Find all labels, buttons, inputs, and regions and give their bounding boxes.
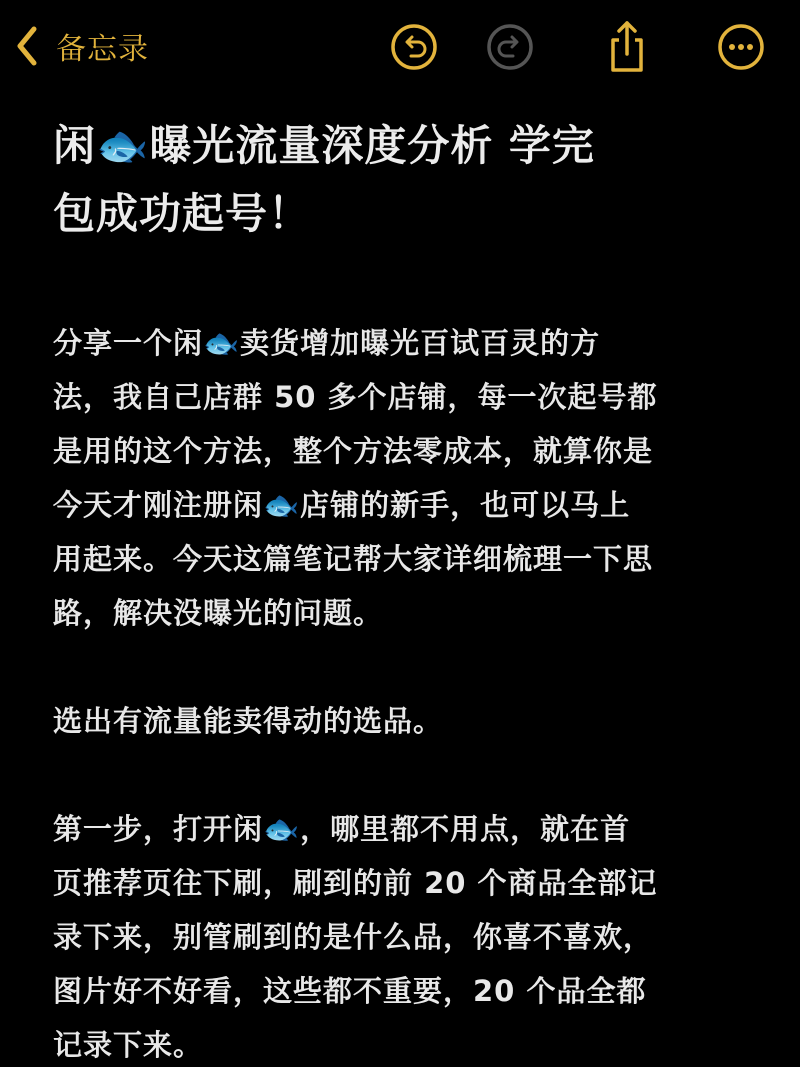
paragraph-step-one: 第一步，打开闲🐟，哪里都不用点，就在首 页推荐页往下刷，刷到的前 20 个商品全… — [53, 802, 753, 1067]
text: 法，我自己店群 50 多个店铺，每一次起号都 — [53, 380, 658, 414]
undo-icon — [389, 22, 439, 72]
title-text: 包成功起号！ — [53, 189, 311, 238]
text: ，哪里都不用点，就在首 — [300, 812, 630, 846]
title-text: 闲 — [53, 121, 96, 170]
fish-icon: 🐟 — [96, 112, 149, 180]
text: 店铺的新手，也可以马上 — [300, 488, 630, 522]
note-title: 闲🐟曝光流量深度分析 学完 包成功起号！ — [53, 112, 753, 248]
title-text: 曝光流量深度分析 学完 — [149, 121, 595, 170]
redo-icon — [485, 22, 535, 72]
chevron-left-icon — [16, 26, 38, 66]
more-button[interactable] — [716, 22, 766, 72]
share-button[interactable] — [602, 18, 652, 74]
note-body[interactable]: 闲🐟曝光流量深度分析 学完 包成功起号！ 分享一个闲🐟卖货增加曝光百试百灵的方 … — [53, 112, 753, 1067]
back-button[interactable]: 备忘录 — [16, 24, 149, 68]
text: 录下来，别管刷到的是什么品，你喜不喜欢， — [53, 920, 653, 954]
navigation-bar: 备忘录 — [0, 0, 800, 95]
redo-button — [485, 22, 535, 72]
text: 今天才刚注册闲 — [53, 488, 263, 522]
undo-button[interactable] — [389, 22, 439, 72]
text: 图片好不好看，这些都不重要，20 个品全都 — [53, 974, 646, 1008]
text: 第一步，打开闲 — [53, 812, 263, 846]
paragraph-intro: 分享一个闲🐟卖货增加曝光百试百灵的方 法，我自己店群 50 多个店铺，每一次起号… — [53, 316, 753, 640]
text: 分享一个闲 — [53, 326, 203, 360]
share-icon — [602, 18, 652, 74]
fish-icon: 🐟 — [263, 478, 300, 532]
text: 用起来。今天这篇笔记帮大家详细梳理一下思 — [53, 542, 653, 576]
text: 记录下来。 — [53, 1028, 203, 1062]
back-label: 备忘录 — [56, 24, 149, 68]
paragraph-heading: 选出有流量能卖得动的选品。 — [53, 694, 753, 748]
text: 卖货增加曝光百试百灵的方 — [240, 326, 600, 360]
fish-icon: 🐟 — [263, 802, 300, 856]
more-icon — [716, 22, 766, 72]
fish-icon: 🐟 — [203, 316, 240, 370]
text: 是用的这个方法，整个方法零成本，就算你是 — [53, 434, 653, 468]
text: 页推荐页往下刷，刷到的前 20 个商品全部记 — [53, 866, 658, 900]
text: 路，解决没曝光的问题。 — [53, 596, 383, 630]
